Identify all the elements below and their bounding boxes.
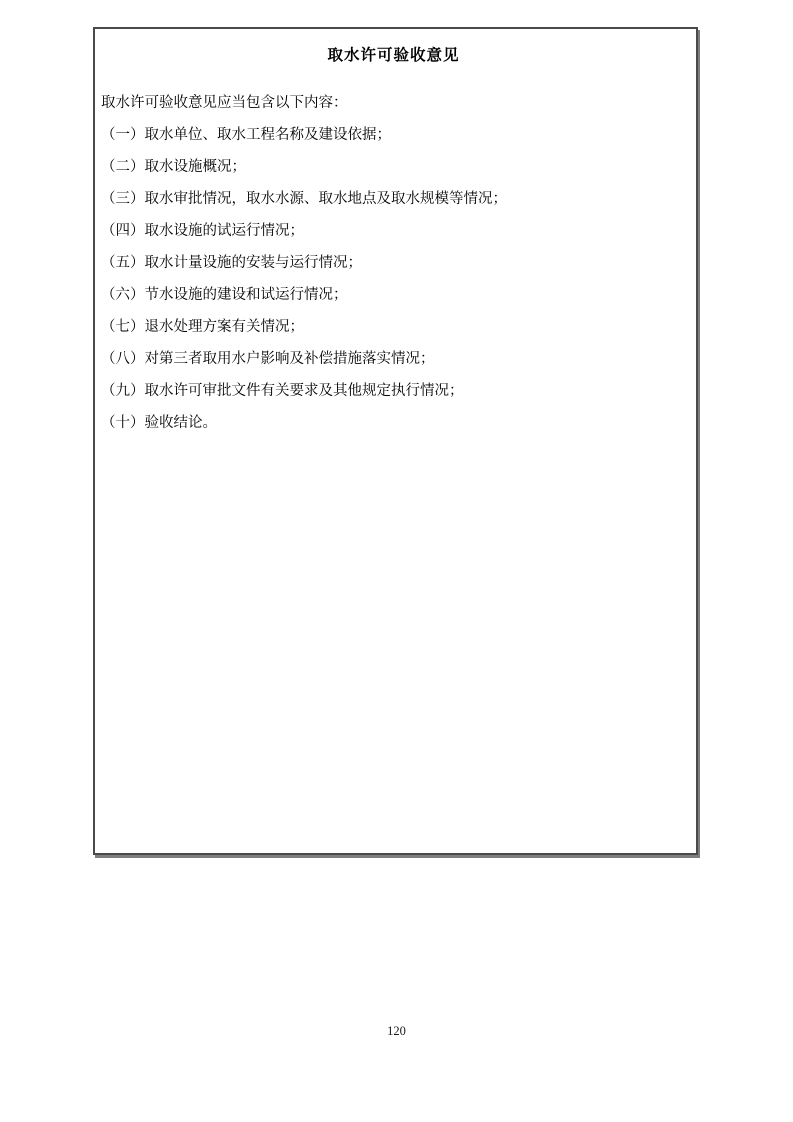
list-item-3: （三）取水审批情况，取水水源、取水地点及取水规模等情况； [101, 183, 686, 215]
intro-paragraph: 取水许可验收意见应当包含以下内容： [101, 87, 686, 119]
list-item-1: （一）取水单位、取水工程名称及建设依据； [101, 119, 686, 151]
page-number: 120 [0, 1024, 793, 1039]
list-item-9: （九）取水许可审批文件有关要求及其他规定执行情况； [101, 375, 686, 407]
list-item-8: （八）对第三者取用水户影响及补偿措施落实情况； [101, 343, 686, 375]
document-page: 取水许可验收意见 取水许可验收意见应当包含以下内容： （一）取水单位、取水工程名… [0, 0, 793, 1122]
list-item-10: （十）验收结论。 [101, 407, 686, 439]
list-item-4: （四）取水设施的试运行情况； [101, 215, 686, 247]
list-item-2: （二）取水设施概况； [101, 151, 686, 183]
list-item-7: （七）退水处理方案有关情况； [101, 311, 686, 343]
document-title: 取水许可验收意见 [101, 45, 686, 67]
list-item-6: （六）节水设施的建设和试运行情况； [101, 279, 686, 311]
content-border-box: 取水许可验收意见 取水许可验收意见应当包含以下内容： （一）取水单位、取水工程名… [93, 27, 698, 855]
list-item-5: （五）取水计量设施的安装与运行情况； [101, 247, 686, 279]
